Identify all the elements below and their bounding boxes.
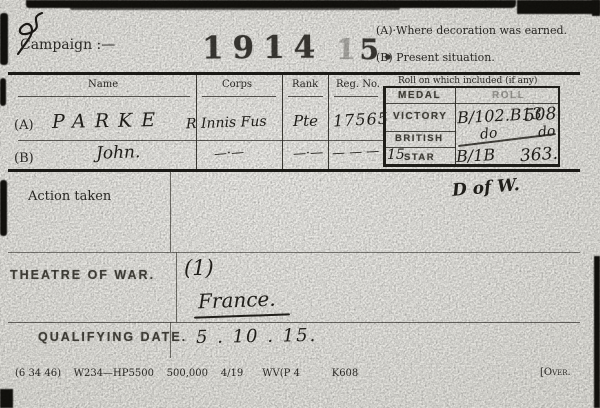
row-a-rank: Pte xyxy=(293,112,318,130)
note-b: (B) Present situation. xyxy=(376,51,495,64)
medal-row-victory: VICTORY xyxy=(393,111,447,122)
medal-row-british: BRITISH xyxy=(395,133,444,144)
row-b-prefix: (B) xyxy=(14,151,34,166)
header-underline-name xyxy=(18,96,190,97)
scan-artifact-bottom-left xyxy=(0,389,13,408)
footer-print-code: (6 34 46) W234—HP5500 500,000 4/19 WV(P … xyxy=(15,368,358,379)
campaign-label: Campaign :— xyxy=(20,37,115,53)
roll-col-header: ROLL xyxy=(492,90,525,101)
scan-artifact-right-top xyxy=(592,0,600,16)
theatre-of-war-label: THEATRE OF WAR. xyxy=(10,268,155,282)
theatre-top-line xyxy=(8,252,580,253)
header-underline-rank xyxy=(288,96,323,97)
col-divider-rank xyxy=(282,75,283,169)
star-roll-ref: B/1B xyxy=(456,145,496,166)
theatre-number: (1) xyxy=(184,256,214,280)
medal-col-header: MEDAL xyxy=(398,90,441,101)
medal-box-right xyxy=(558,86,560,167)
row-b-regno-dash: — — — xyxy=(332,144,380,161)
col-divider-regno xyxy=(328,75,329,169)
british-roll-ditto: do xyxy=(479,125,498,143)
scan-artifact-left-3 xyxy=(0,180,7,236)
qualifying-top-line xyxy=(8,322,580,323)
theatre-value-underline xyxy=(194,313,290,318)
scan-artifact-left-2 xyxy=(0,78,6,106)
row-a-regno: 17565 xyxy=(333,109,390,131)
header-underline-regno xyxy=(334,96,378,97)
table-top-border xyxy=(8,72,580,75)
campaign-stamp-year: 1914 xyxy=(202,29,325,66)
row-a-corps: R Innis Fus xyxy=(186,114,267,133)
star-row-handwritten-15: 15 xyxy=(387,147,405,163)
star-roll-page: 363. xyxy=(519,144,558,167)
col-header-name: Name xyxy=(88,79,118,90)
scan-artifact-top-right-blob xyxy=(517,0,600,14)
table-bottom-border xyxy=(8,169,580,172)
scan-artifact-left-1 xyxy=(0,13,8,65)
header-underline-corps xyxy=(202,96,276,97)
row-a-prefix: (A) xyxy=(14,118,34,133)
row-b-corps-dash: —·— xyxy=(214,145,245,162)
qualifying-divider xyxy=(170,322,171,358)
col-header-regno: Reg. No. xyxy=(336,79,380,90)
theatre-divider xyxy=(176,252,177,322)
medal-row-star: STAR xyxy=(404,152,435,163)
medal-box-left xyxy=(383,86,386,167)
medal-index-card: Campaign :— 1914 15. (A)·Where decoratio… xyxy=(0,0,600,408)
row-a-underline xyxy=(18,140,383,141)
row-b-rank-dash: —·— xyxy=(293,145,324,162)
qualifying-date-value: 5 . 10 . 15. xyxy=(196,325,318,348)
qualifying-date-label: QUALIFYING DATE. xyxy=(38,330,187,344)
british-page-ditto: do xyxy=(537,123,556,141)
theatre-value: France. xyxy=(198,287,276,314)
medal-box-top xyxy=(383,86,560,88)
over-label: [Over. xyxy=(540,367,571,378)
note-a: (A)·Where decoration was earned. xyxy=(376,24,567,37)
col-header-corps: Corps xyxy=(222,79,252,90)
scan-artifact-top-band-2 xyxy=(70,6,400,10)
action-note-dofw: D of W. xyxy=(451,175,520,201)
medal-box-row2-line xyxy=(386,131,456,132)
action-taken-divider xyxy=(170,172,171,252)
action-taken-label: Action taken xyxy=(28,189,111,204)
scan-artifact-right-strip xyxy=(594,256,600,408)
row-a-name: PARKE xyxy=(52,109,165,133)
col-header-rank: Rank xyxy=(292,79,318,90)
roll-header: Roll on which included (if any) xyxy=(398,76,537,86)
row-b-name: John. xyxy=(96,142,141,164)
